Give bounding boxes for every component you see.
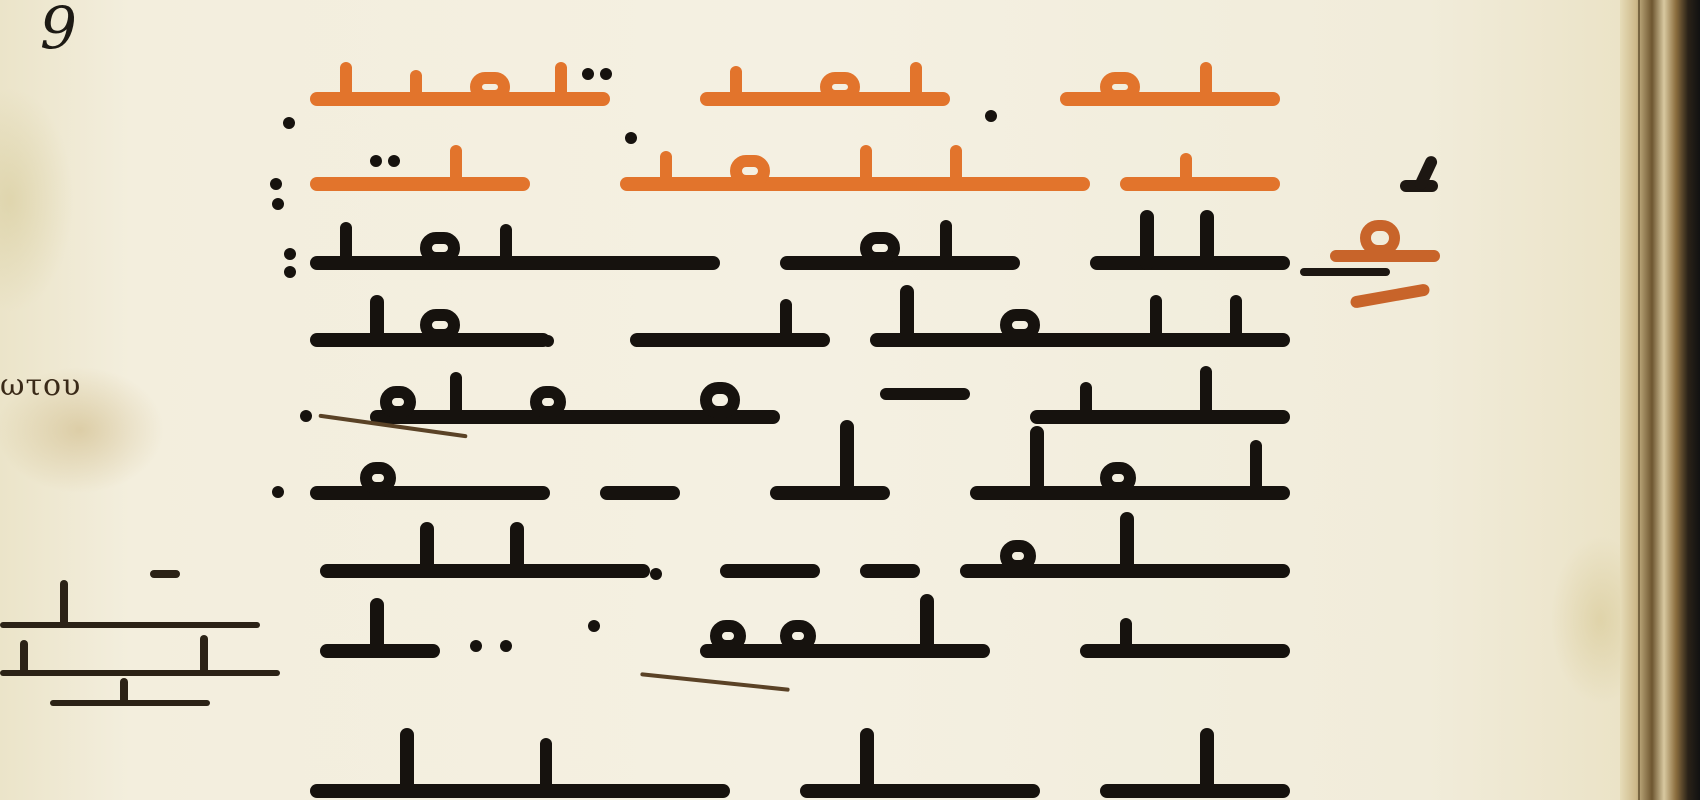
punctuation-dot <box>270 178 282 190</box>
text-line-4 <box>300 450 1290 502</box>
punctuation-dot <box>588 620 600 632</box>
text-line-3 <box>300 372 1290 424</box>
punctuation-dot <box>985 110 997 122</box>
rubric-line-2 <box>300 145 1290 197</box>
punctuation-dot <box>600 68 612 80</box>
greek-marginal-note: ωτου <box>0 368 81 403</box>
punctuation-dot <box>582 68 594 80</box>
right-marginal-mark <box>1300 150 1440 330</box>
punctuation-dot <box>650 568 662 580</box>
punctuation-dot <box>370 155 382 167</box>
punctuation-dot <box>284 248 296 260</box>
punctuation-dot <box>388 155 400 167</box>
text-line-2 <box>300 295 1290 347</box>
punctuation-dot <box>625 132 637 144</box>
punctuation-dot <box>542 335 554 347</box>
text-line-6 <box>300 608 1290 660</box>
punctuation-dot <box>500 640 512 652</box>
binding-edge <box>1620 0 1700 800</box>
scribal-underline <box>640 672 790 692</box>
folio-number: 9 <box>40 0 77 62</box>
manuscript-page: 9 ωτου <box>0 0 1620 800</box>
punctuation-dot <box>272 198 284 210</box>
page-crease <box>1638 0 1640 800</box>
rubric-line-1 <box>300 62 1290 114</box>
text-line-1 <box>300 220 1290 272</box>
text-line-5 <box>300 528 1290 580</box>
punctuation-dot <box>284 266 296 278</box>
punctuation-dot <box>470 640 482 652</box>
text-line-7 <box>300 748 1290 800</box>
punctuation-dot <box>272 486 284 498</box>
punctuation-dot <box>300 410 312 422</box>
left-syriac-marginal-note <box>0 560 290 710</box>
punctuation-dot <box>283 117 295 129</box>
